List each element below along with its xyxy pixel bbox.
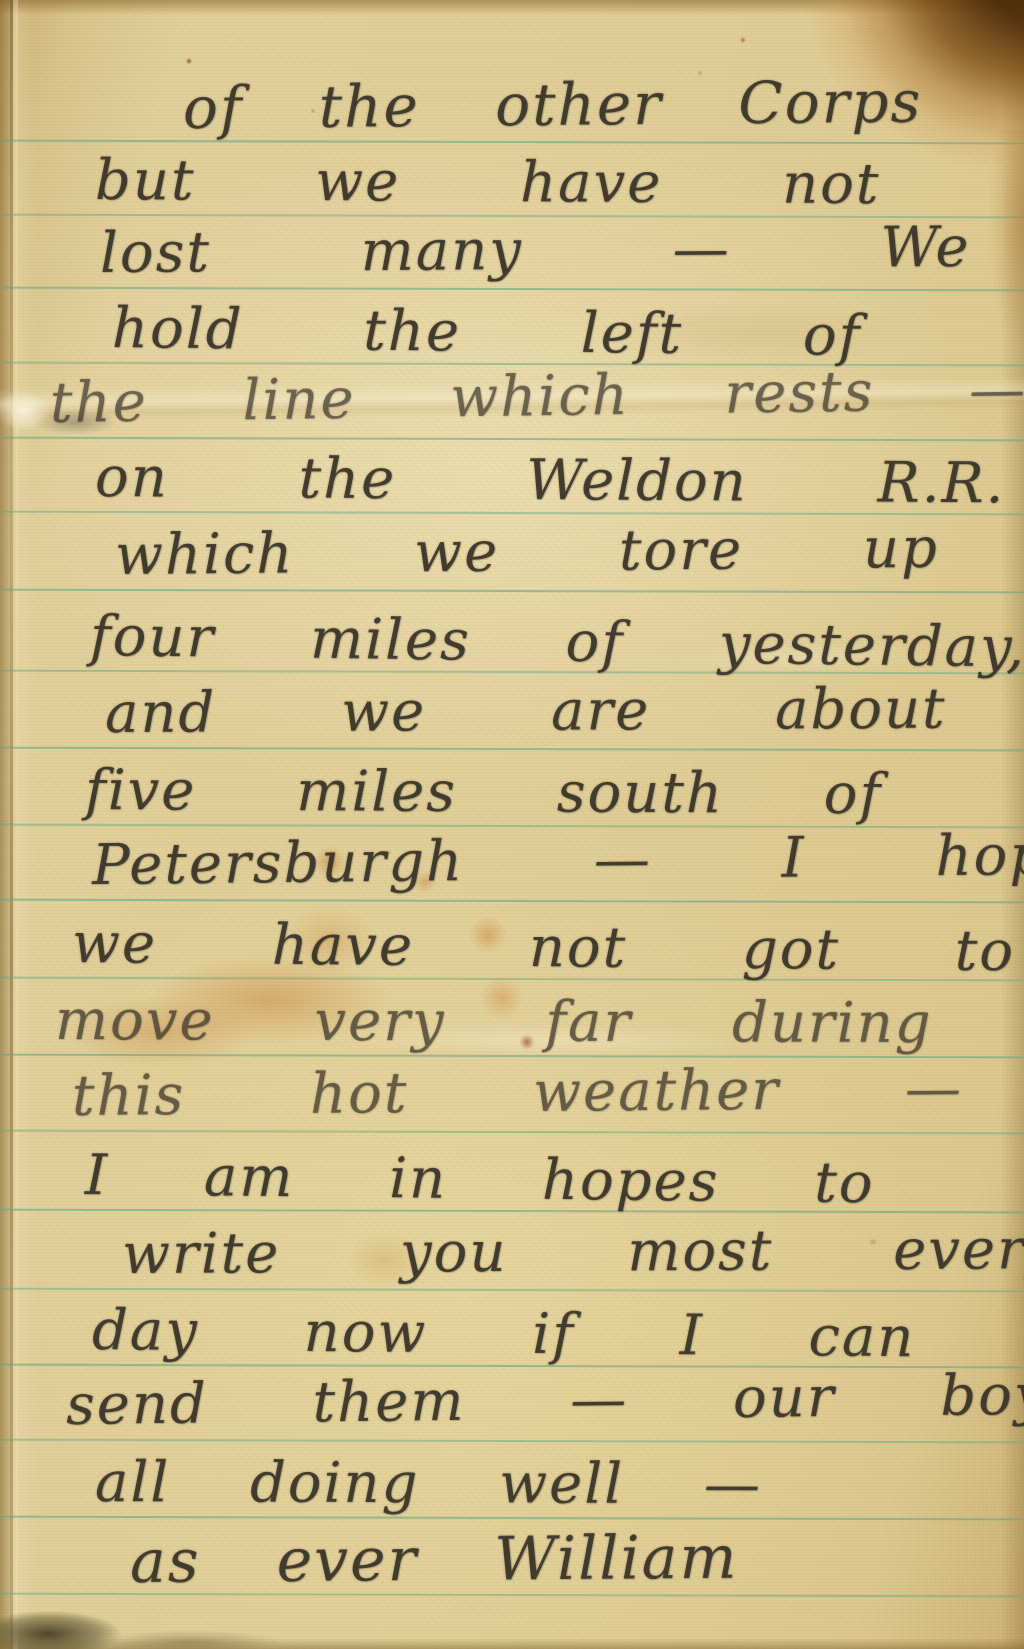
letter-line-3: lost many — We <box>100 215 971 286</box>
letter-line-10: five miles south of <box>85 758 882 827</box>
letter-page: of the other Corps but we have not lost … <box>0 0 1024 1649</box>
letter-line-7: which we tore up <box>115 516 939 588</box>
letter-line-18: send them — our boys <box>66 1362 1024 1438</box>
letter-line-15: I am in hopes to <box>85 1143 875 1216</box>
letter-line-13: move very far during — <box>55 988 1024 1057</box>
letter-line-8: four miles of yesterday, <box>90 604 1024 680</box>
letter-line-9: and we are about <box>105 677 947 746</box>
letter-line-19: all doing well — <box>95 1450 762 1517</box>
letter-line-4: hold the left of <box>112 296 862 369</box>
letter-line-17: day now if I can <box>92 1298 916 1370</box>
letter-line-14: this hot weather — <box>72 1056 963 1129</box>
letter-line-11: Petersburgh — I hope <box>92 823 1024 898</box>
letter-line-16: write you most every <box>122 1217 1024 1287</box>
letter-line-12: we have not got to <box>72 911 1016 984</box>
signature-line: as ever William <box>130 1523 739 1597</box>
handwritten-text: of the other Corps but we have not lost … <box>0 0 1024 1649</box>
letter-line-1: of the other Corps <box>183 68 923 142</box>
letter-line-6: on the Weldon R.R. <box>95 445 1006 516</box>
letter-line-2: but we have not <box>95 148 881 217</box>
letter-line-5: the line which rests — <box>50 357 1024 436</box>
